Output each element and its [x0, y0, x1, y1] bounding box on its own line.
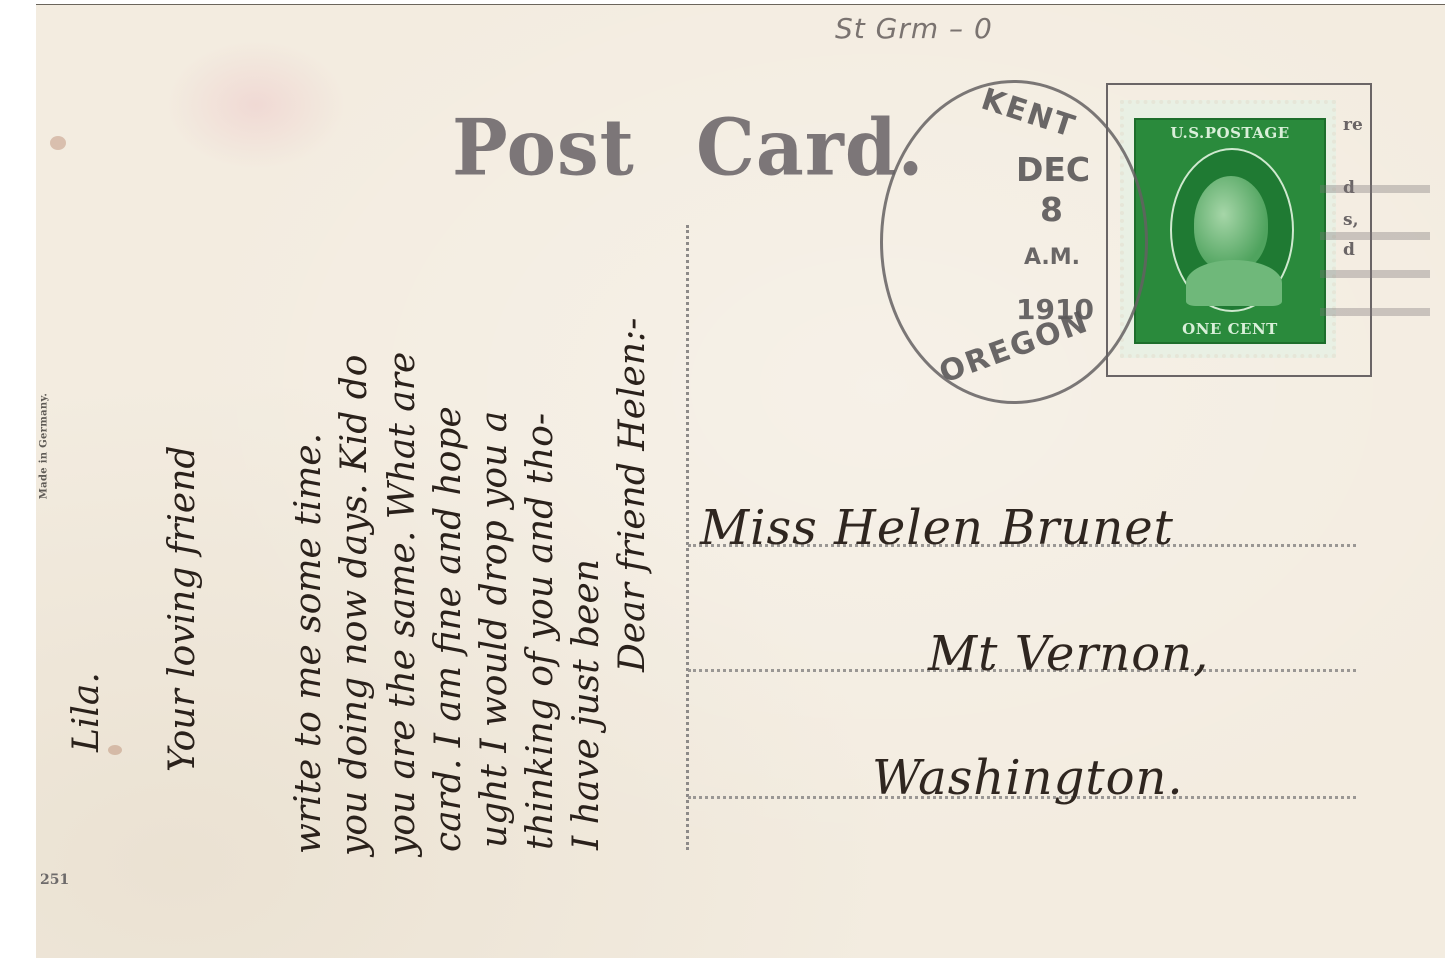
stamp-design: U.S.POSTAGE ONE CENT [1134, 118, 1326, 344]
box-text-fragment: s, [1343, 210, 1359, 230]
stain-spot [50, 136, 66, 150]
center-divider [686, 225, 689, 850]
message-line: you doing now days. Kid do [334, 355, 375, 857]
cancel-line [1320, 185, 1430, 193]
postmark-day: 8 [1040, 190, 1063, 229]
message-line: you are the same. What are [382, 352, 423, 856]
pencil-note: St Grm – 0 [835, 12, 993, 45]
cancel-line [1320, 232, 1430, 240]
cancel-line [1320, 308, 1430, 316]
title-post: Post [452, 103, 635, 193]
message-line: Dear friend Helen:- [612, 318, 653, 672]
message-signature: Lila. [66, 672, 107, 752]
serial-number: 251 [40, 872, 69, 888]
made-in-label: Made in Germany. [39, 393, 50, 499]
address-state: Washington. [872, 750, 1184, 806]
message-line: thinking of you and tho- [520, 413, 561, 850]
box-text-fragment: d [1343, 240, 1355, 260]
message-line: Your loving friend [162, 446, 203, 772]
postmark-month: DEC [1016, 150, 1090, 189]
postage-stamp: U.S.POSTAGE ONE CENT [1120, 100, 1336, 358]
postmark-time: A.M. [1024, 245, 1080, 270]
stain-spot [108, 745, 122, 755]
message-line: write to me some time. [288, 433, 329, 854]
message-line: card. I am fine and hope [428, 406, 469, 852]
stamp-denomination: ONE CENT [1136, 320, 1324, 338]
message-line: ught I would drop you a [474, 411, 515, 848]
box-text-fragment: re [1343, 115, 1363, 135]
portrait-icon [1170, 148, 1294, 312]
message-line: I have just been [566, 559, 607, 850]
address-city: Mt Vernon, [928, 626, 1209, 682]
stamp-top-text: U.S.POSTAGE [1136, 124, 1324, 142]
cancel-line [1320, 270, 1430, 278]
address-name: Miss Helen Brunet [700, 500, 1174, 556]
